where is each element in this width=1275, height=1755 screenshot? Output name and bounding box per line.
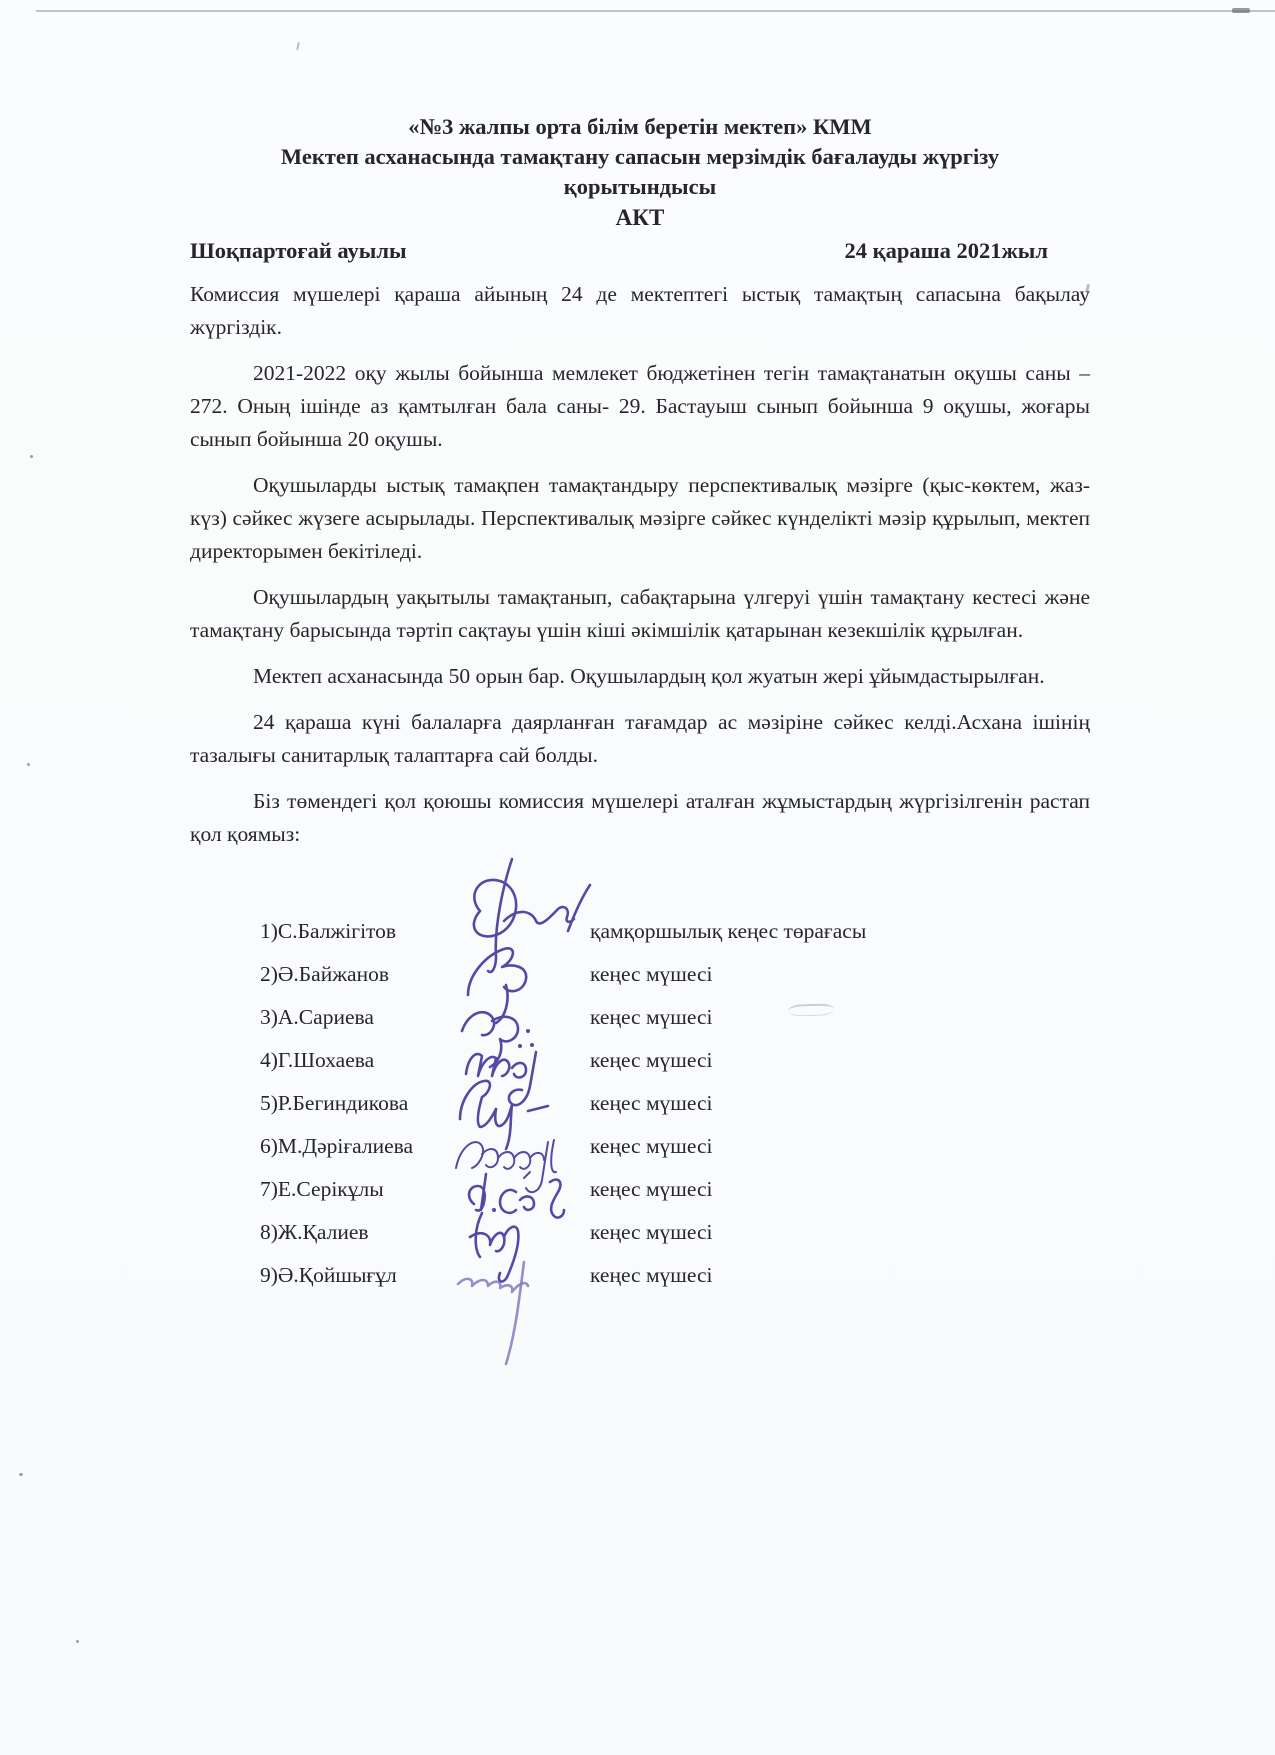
signatory-role: кеңес мүшесі — [590, 1048, 1090, 1073]
signatory-name: 2)Ә.Байжанов — [260, 962, 452, 987]
signatory-role: қамқоршылық кеңес төрағасы — [590, 919, 1090, 944]
signatory-role: кеңес мүшесі — [590, 1220, 1090, 1245]
document-type-heading: АКТ — [190, 203, 1090, 233]
document-content: «№3 жалпы орта білім беретін мектеп» КММ… — [190, 112, 1090, 1306]
signatory-name: 7)Е.Серікұлы — [260, 1177, 452, 1202]
paragraph: Мектеп асханасында 50 орын бар. Оқушылар… — [190, 660, 1090, 693]
place-name: Шоқпартоғай ауылы — [190, 238, 407, 264]
document-title-line-1: «№3 жалпы орта білім беретін мектеп» КММ — [190, 112, 1090, 142]
document-title-line-3: қорытындысы — [190, 172, 1090, 202]
signatory-name: 1)С.Балжігітов — [260, 919, 452, 944]
paragraph: Оқушыларды ыстық тамақпен тамақтандыру п… — [190, 469, 1090, 568]
signature-list: 1)С.Балжігітов қамқоршылық кеңес төрағас… — [260, 919, 1090, 1306]
paragraph: 24 қараша күні балаларға даярланған таға… — [190, 706, 1090, 772]
signatory-role: кеңес мүшесі — [590, 1091, 1090, 1116]
signatory-name: 3)А.Сариева — [260, 1005, 452, 1030]
signatory-role: кеңес мүшесі — [590, 1134, 1090, 1159]
paragraph: Біз төмендегі қол қоюшы комиссия мүшелер… — [190, 785, 1090, 851]
document-body: Комиссия мүшелері қараша айының 24 де ме… — [190, 278, 1090, 851]
signatory-name: 4)Г.Шохаева — [260, 1048, 452, 1073]
signatory-row: 1)С.Балжігітов қамқоршылық кеңес төрағас… — [260, 919, 1090, 962]
signatory-name: 8)Ж.Қалиев — [260, 1220, 452, 1245]
signatory-role: кеңес мүшесі — [590, 1177, 1090, 1202]
paragraph: Оқушылардың уақытылы тамақтанып, сабақта… — [190, 581, 1090, 647]
signatory-row: 5)Р.Бегиндикова кеңес мүшесі — [260, 1091, 1090, 1134]
scan-edge-line — [36, 10, 1275, 12]
signatory-row: 8)Ж.Қалиев кеңес мүшесі — [260, 1220, 1090, 1263]
document-title-line-2: Мектеп асханасында тамақтану сапасын мер… — [190, 142, 1090, 172]
scanned-document-page: «№3 жалпы орта білім беретін мектеп» КММ… — [0, 0, 1275, 1755]
signatory-row: 6)М.Дәріғалиева кеңес мүшесі — [260, 1134, 1090, 1177]
scan-speck — [76, 1640, 79, 1643]
signatory-row: 9)Ә.Қойшығұл кеңес мүшесі — [260, 1263, 1090, 1306]
scan-speck — [27, 763, 30, 766]
signatory-role: кеңес мүшесі — [590, 1263, 1090, 1288]
signatory-row: 2)Ә.Байжанов кеңес мүшесі — [260, 962, 1090, 1005]
signatory-role: кеңес мүшесі — [590, 962, 1090, 987]
signatory-name: 9)Ә.Қойшығұл — [260, 1263, 452, 1288]
signature-ink-9 — [452, 1263, 590, 1306]
scan-speck — [296, 42, 300, 50]
scan-speck — [30, 455, 33, 458]
paragraph: 2021-2022 оқу жылы бойынша мемлекет бюдж… — [190, 357, 1090, 456]
place-date-row: Шоқпартоғай ауылы 24 қараша 2021жыл — [190, 238, 1090, 264]
paragraph: Комиссия мүшелері қараша айының 24 де ме… — [190, 278, 1090, 344]
signatory-row: 7)Е.Серікұлы кеңес мүшесі — [260, 1177, 1090, 1220]
signatory-name: 5)Р.Бегиндикова — [260, 1091, 452, 1116]
signatory-name: 6)М.Дәріғалиева — [260, 1134, 452, 1159]
scan-speck — [19, 1473, 23, 1476]
signatory-row: 3)А.Сариева кеңес мүшесі — [260, 1005, 1090, 1048]
signatory-role: кеңес мүшесі — [590, 1005, 1090, 1030]
document-date: 24 қараша 2021жыл — [845, 238, 1048, 264]
scan-edge-tick — [1232, 8, 1250, 13]
signatory-row: 4)Г.Шохаева кеңес мүшесі — [260, 1048, 1090, 1091]
